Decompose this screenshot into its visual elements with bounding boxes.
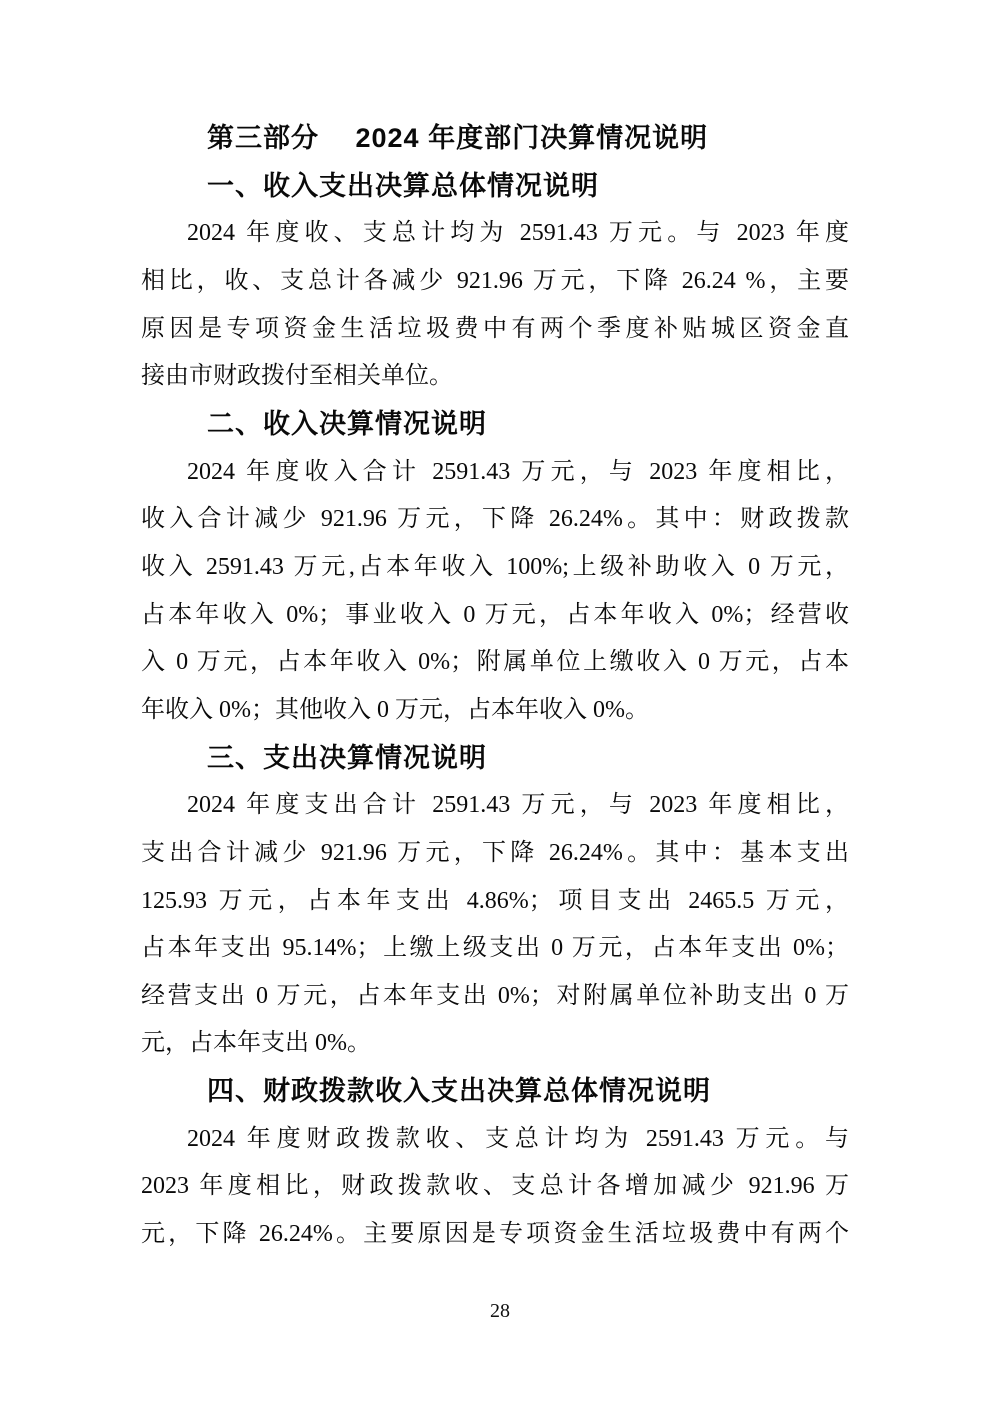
section-heading: 一、收入支出决算总体情况说明 [141, 163, 849, 211]
section-heading: 第三部分 2024 年度部门决算情况说明 [141, 115, 849, 163]
paragraph-line: 2023 年度相比，财政拨款收、支总计各增加减少 921.96 万 [141, 1163, 849, 1211]
section-heading: 二、收入决算情况说明 [141, 401, 849, 449]
section-heading: 四、财政拨款收入支出决算总体情况说明 [141, 1068, 849, 1116]
paragraph-line: 125.93 万元，占本年支出 4.86%；项目支出 2465.5 万元， [141, 878, 849, 926]
document-body: 第三部分 2024 年度部门决算情况说明一、收入支出决算总体情况说明2024 年… [141, 115, 849, 1259]
paragraph-line: 年收入 0%；其他收入 0 万元，占本年收入 0%。 [141, 687, 849, 735]
paragraph-line: 2024 年度支出合计 2591.43 万元，与 2023 年度相比， [141, 782, 849, 830]
paragraph-line: 收入 2591.43 万元,占本年收入 100%;上级补助收入 0 万元， [141, 544, 849, 592]
paragraph-line: 收入合计减少 921.96 万元，下降 26.24%。其中：财政拨款 [141, 496, 849, 544]
paragraph-line: 相比，收、支总计各减少 921.96 万元，下降 26.24 %，主要 [141, 258, 849, 306]
page-number: 28 [490, 1300, 510, 1322]
paragraph-line: 原因是专项资金生活垃圾费中有两个季度补贴城区资金直 [141, 306, 849, 354]
paragraph-line: 2024 年度收入合计 2591.43 万元，与 2023 年度相比， [141, 449, 849, 497]
section-heading: 三、支出决算情况说明 [141, 735, 849, 783]
paragraph-line: 支出合计减少 921.96 万元，下降 26.24%。其中：基本支出 [141, 830, 849, 878]
paragraph-line: 元，占本年支出 0%。 [141, 1020, 849, 1068]
paragraph-line: 2024 年度财政拨款收、支总计均为 2591.43 万元。与 [141, 1116, 849, 1164]
page-footer: 28 [0, 1300, 1000, 1323]
paragraph-line: 元，下降 26.24%。主要原因是专项资金生活垃圾费中有两个 [141, 1211, 849, 1259]
paragraph-line: 2024 年度收、支总计均为 2591.43 万元。与 2023 年度 [141, 210, 849, 258]
paragraph-line: 入 0 万元，占本年收入 0%；附属单位上缴收入 0 万元，占本 [141, 639, 849, 687]
paragraph-line: 占本年支出 95.14%；上缴上级支出 0 万元，占本年支出 0%； [141, 925, 849, 973]
paragraph-line: 接由市财政拨付至相关单位。 [141, 353, 849, 401]
document-page: 第三部分 2024 年度部门决算情况说明一、收入支出决算总体情况说明2024 年… [0, 0, 1000, 1414]
paragraph-line: 占本年收入 0%；事业收入 0 万元，占本年收入 0%；经营收 [141, 592, 849, 640]
paragraph-line: 经营支出 0 万元，占本年支出 0%；对附属单位补助支出 0 万 [141, 973, 849, 1021]
